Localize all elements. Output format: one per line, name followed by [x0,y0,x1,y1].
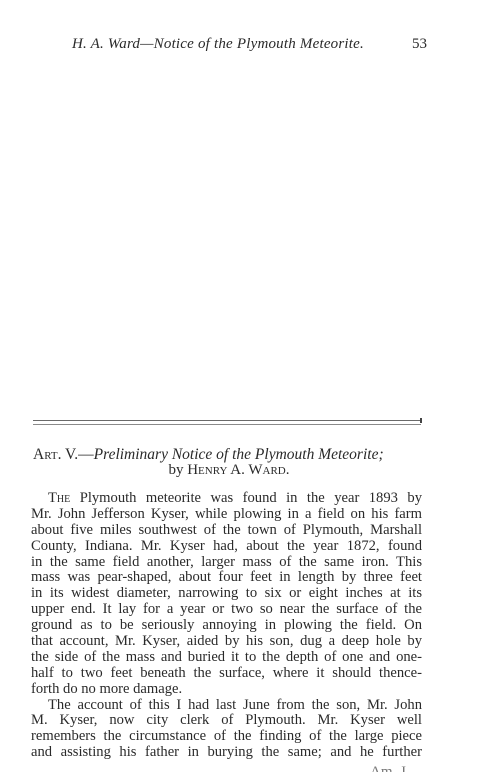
article-body: The Plymouth meteorite was found in the … [31,491,422,761]
double-rule-divider [33,420,421,425]
running-head-title: H. A. Ward—Notice of the Plymouth Meteor… [72,36,364,52]
body-line: the side of the mass and buried it to th… [31,650,422,666]
footer-fragment: Am. J. [370,764,410,772]
body-line: ground as to be seriously annoying in pl… [31,618,422,634]
body-line: mass was pear-shaped, about four feet in… [31,570,422,586]
page-number: 53 [412,36,427,53]
lead-word: The [48,490,70,506]
article-byline: by Henry A. Ward. [33,462,425,479]
body-line: in its widest diameter, narrowing to six… [31,586,422,602]
author-name: Henry A. Ward. [187,462,289,478]
body-line: half to two feet beneath the surface, wh… [31,666,422,682]
body-line: in the same field another, larger mass o… [31,555,422,571]
body-line: and assisting his father in burying the … [31,745,422,761]
article-title-text: Preliminary Notice of the Plymouth Meteo… [94,446,384,463]
body-line: upper end. It lay for a year or two so n… [31,602,422,618]
body-line: remembers the circumstance of the findin… [31,729,422,745]
body-line: Mr. John Jefferson Kyser, while plowing … [31,507,422,523]
byline-prefix: by [168,462,187,478]
body-line: The Plymouth meteorite was found in the … [31,491,422,507]
body-line: about five miles southwest of the town o… [31,523,422,539]
body-line: forth do no more damage. [31,682,422,698]
running-head: H. A. Ward—Notice of the Plymouth Meteor… [72,36,432,53]
body-line: County, Indiana. Mr. Kyser had, about th… [31,539,422,555]
body-line: that account, Mr. Kyser, aided by his so… [31,634,422,650]
body-line: M. Kyser, now city clerk of Plymouth. Mr… [31,713,422,729]
article-number: Art. V.— [33,446,94,463]
body-line: The account of this I had last June from… [31,698,422,714]
